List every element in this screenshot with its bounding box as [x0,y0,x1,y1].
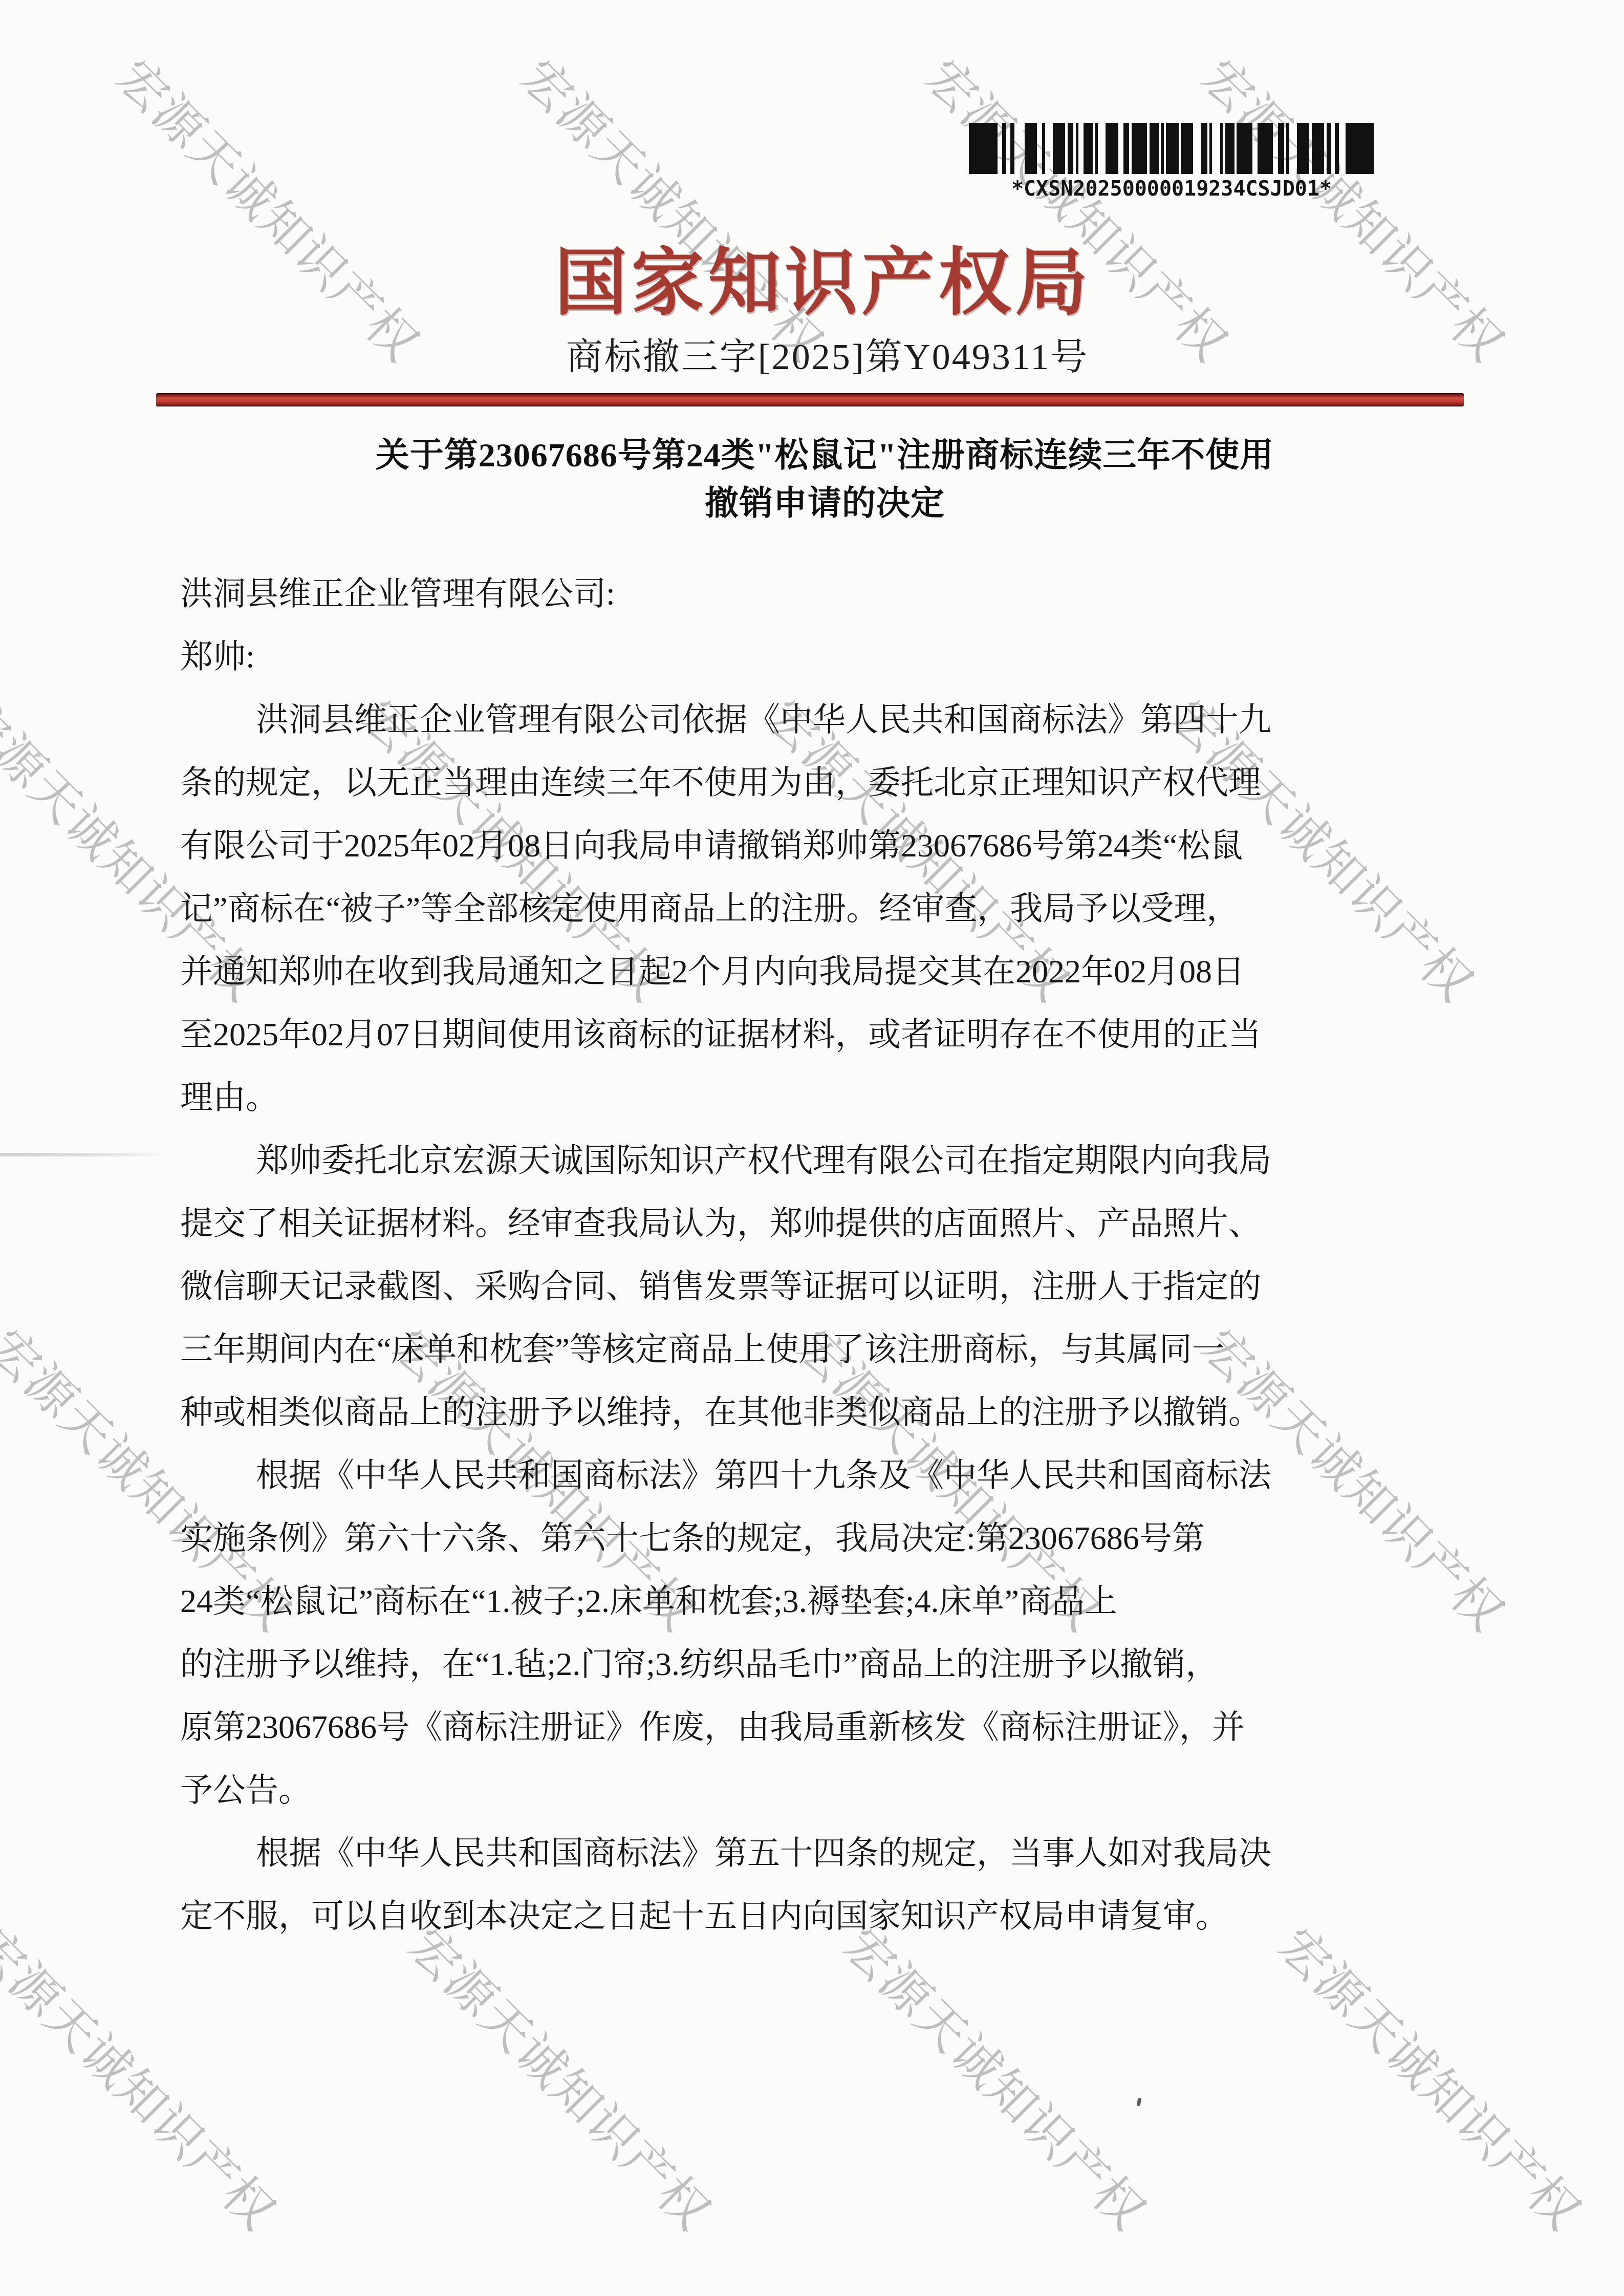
decision-heading: 关于第23067686号第24类"松鼠记"注册商标连续三年不使用 撤销申请的决定 [13,432,1624,528]
body-line: 24类“松鼠记”商标在“1.被子;2.床单和枕套;3.褥垫套;4.床单”商品上 [180,1570,1483,1633]
body-line: 郑帅: [180,625,1483,688]
agency-title: 国家知识产权局 [11,224,1624,329]
body-line: 提交了相关证据材料。经审查我局认为，郑帅提供的店面照片、产品照片、 [180,1192,1483,1255]
body-line: 至2025年02月07日期间使用该商标的证据材料，或者证明存在不使用的正当 [180,1003,1483,1066]
body-line: 微信聊天记录截图、采购合同、销售发票等证据可以证明，注册人于指定的 [180,1255,1483,1318]
barcode-gap [1339,123,1346,174]
barcode-gap [1006,123,1010,174]
barcode-bar [1258,123,1273,174]
body-line: 洪洞县维正企业管理有限公司依据《中华人民共和国商标法》第四十九 [180,688,1483,751]
barcode-bar [1010,123,1014,174]
body-line: 实施条例》第六十六条、第六十七条的规定，我局决定:第23067686号第 [180,1507,1483,1570]
barcode-bar [1084,123,1093,174]
barcode-gap [998,123,1002,174]
barcode-gap [1014,123,1025,174]
scan-artifact-line [0,1153,169,1156]
body-line: 理由。 [180,1066,1483,1129]
barcode-bars [969,123,1374,174]
barcode-bar [1335,123,1339,174]
body-line: 条的规定，以无正当理由连续三年不使用为由，委托北京正理知识产权代理 [180,751,1483,814]
barcode-gap [1212,123,1220,174]
barcode-bar [1150,123,1159,174]
body-line: 定不服，可以自收到本决定之日起十五日内向国家知识产权局申请复审。 [180,1884,1483,1947]
barcode: *CXSN20250000019234CSJD01* [969,123,1374,201]
barcode-gap [1037,123,1042,174]
barcode-bar [1237,123,1252,174]
barcode-gap [1045,123,1053,174]
decision-body: 洪洞县维正企业管理有限公司:郑帅:洪洞县维正企业管理有限公司依据《中华人民共和国… [180,562,1483,1947]
body-line: 原第23067686号《商标注册证》作废，由我局重新核发《商标注册证》，并 [180,1696,1483,1758]
barcode-bar [1297,123,1309,174]
body-line: 的注册予以维持，在“1.毡;2.门帘;3.纺织品毛巾”商品上的注册予以撤销， [180,1633,1483,1696]
body-line: 种或相类似商品上的注册予以维持，在其他非类似商品上的注册予以撤销。 [180,1381,1483,1444]
red-divider-rule [156,393,1464,406]
barcode-gap [1118,123,1123,174]
body-line: 记”商标在“被子”等全部核定使用商品上的注册。经审查，我局予以受理， [180,877,1483,940]
barcode-bar [1132,123,1147,174]
barcode-bar [1053,123,1065,174]
barcode-bar [1278,123,1284,174]
barcode-bar [1025,123,1037,174]
ink-speck [1136,2097,1141,2106]
document-page: 宏源天诚知识产权宏源天诚知识产权宏源天诚知识产权宏源天诚知识产权宏源天诚知识产权… [0,0,1624,2296]
barcode-bar [1201,123,1207,174]
body-line: 根据《中华人民共和国商标法》第五十四条的规定，当事人如对我局决 [180,1821,1483,1884]
barcode-gap [1331,123,1335,174]
barcode-gap [1098,123,1106,174]
barcode-bar [1106,123,1118,174]
document-content: *CXSN20250000019234CSJD01* 国家知识产权局 商标撤三字… [0,0,1624,2296]
body-line: 洪洞县维正企业管理有限公司: [180,562,1483,625]
body-line: 郑帅委托北京宏源天诚国际知识产权代理有限公司在指定期限内向我局 [180,1129,1483,1192]
barcode-bar [1002,123,1006,174]
barcode-value: *CXSN20250000019234CSJD01* [969,177,1374,201]
body-line: 有限公司于2025年02月08日向我局申请撤销郑帅第23067686号第24类“… [180,814,1483,877]
barcode-bar [1327,123,1331,174]
barcode-gap [1078,123,1084,174]
barcode-bar [1346,123,1374,174]
body-line: 予公告。 [180,1758,1483,1821]
doc-number: 商标撤三字[2025]第Y049311号 [15,327,1624,380]
barcode-bar [1123,123,1130,174]
decision-heading-line1: 关于第23067686号第24类"松鼠记"注册商标连续三年不使用 [13,432,1624,480]
barcode-gap [1193,123,1201,174]
barcode-bar [1225,123,1235,174]
barcode-gap [1289,123,1297,174]
decision-heading-line2: 撤销申请的决定 [13,480,1624,528]
barcode-bar [1181,123,1193,174]
barcode-bar [969,123,998,174]
barcode-bar [1166,123,1178,174]
barcode-bar [1312,123,1324,174]
barcode-gap [1273,123,1278,174]
barcode-bar [1068,123,1074,174]
body-line: 三年期间内在“床单和枕套”等核定商品上使用了该注册商标，与其属同一 [180,1318,1483,1381]
barcode-gap [1252,123,1258,174]
body-line: 根据《中华人民共和国商标法》第四十九条及《中华人民共和国商标法 [180,1444,1483,1507]
body-line: 并通知郑帅在收到我局通知之日起2个月内向我局提交其在2022年02月08日 [180,940,1483,1003]
